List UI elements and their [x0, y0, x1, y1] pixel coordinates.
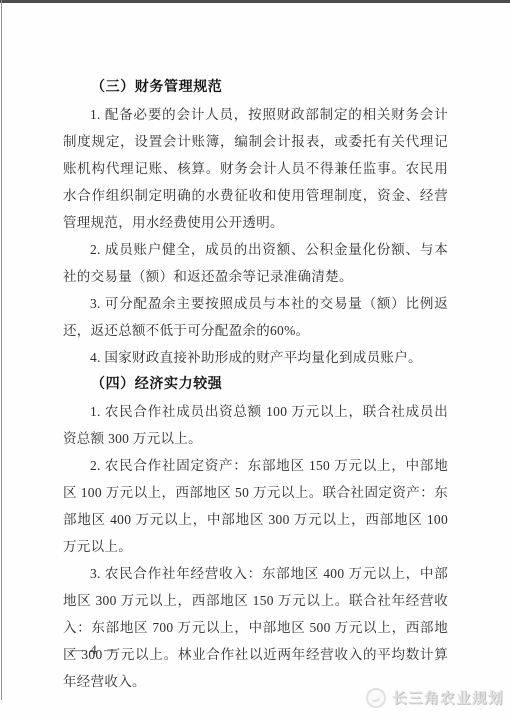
paragraph: 2. 成员账户健全，成员的出资额、公积金量化份额、与本社的交易量（额）和返还盈余… — [63, 236, 448, 290]
document-content: （三）财务管理规范1. 配备必要的会计人员，按照财政部制定的相关财务会计制度规定… — [63, 74, 448, 695]
section-heading: （三）财务管理规范 — [63, 74, 448, 101]
page-number: — 4 — — [70, 642, 119, 657]
document-page: （三）财务管理规范1. 配备必要的会计人员，按照财政部制定的相关财务会计制度规定… — [0, 0, 510, 722]
paragraph: 1. 农民合作社成员出资总额 100 万元以上，联合社成员出资总额 300 万元… — [63, 398, 448, 452]
paragraph: 3. 农民合作社年经营收入：东部地区 400 万元以上，中部地区 300 万元以… — [63, 560, 448, 695]
page-top-edge — [0, 0, 510, 3]
paragraph: 4. 国家财政直接补助形成的财产平均量化到成员账户。 — [63, 344, 448, 371]
paragraph: 2. 农民合作社固定资产：东部地区 150 万元以上，中部地区 100 万元以上… — [63, 452, 448, 560]
paragraph: 3. 可分配盈余主要按照成员与本社的交易量（额）比例返还，返还总额不低于可分配盈… — [63, 290, 448, 344]
watermark: 长三角农业规划 — [366, 687, 504, 708]
page-left-edge — [1, 0, 2, 700]
watermark-text: 长三角农业规划 — [392, 687, 504, 708]
page-footer: — 4 — — [70, 642, 119, 658]
paragraph: 1. 配备必要的会计人员，按照财政部制定的相关财务会计制度规定，设置会计账簿，编… — [63, 101, 448, 236]
watermark-logo-icon — [366, 688, 386, 708]
section-heading: （四）经济实力较强 — [63, 371, 448, 398]
